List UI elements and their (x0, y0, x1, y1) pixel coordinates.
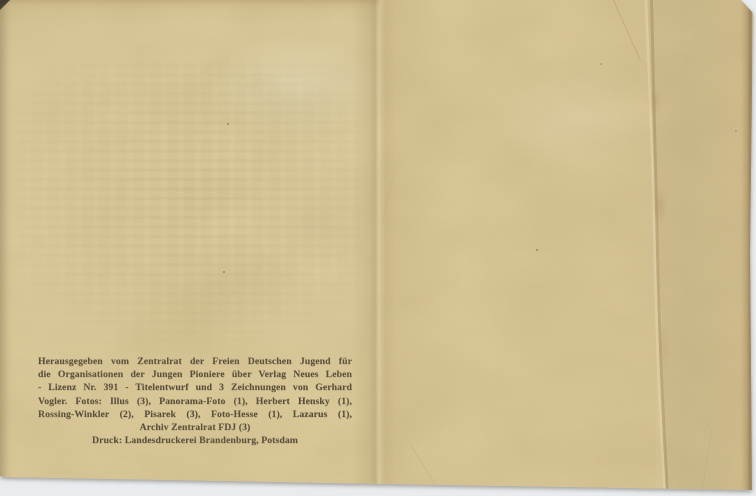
imprint-line: Rossing-Winkler (2), Pisarek (3), Foto-H… (38, 408, 352, 421)
bleedthrough-text-texture (14, 60, 360, 352)
paper-speck (735, 130, 737, 132)
imprint-line: - Lizenz Nr. 391 - Titelentwurf und 3 Ze… (38, 381, 352, 394)
paper-sheet: Herausgegeben vom Zentralrat der Freien … (0, 0, 756, 496)
scanned-book-spread: Herausgegeben vom Zentralrat der Freien … (0, 0, 756, 496)
paper-stain (658, 320, 668, 372)
imprint-line: die Organisationen der Jungen Pioniere ü… (38, 368, 352, 381)
paper-speck (227, 123, 229, 125)
right-page-edge-shadow (742, 0, 752, 496)
imprint-line: Herausgegeben vom Zentralrat der Freien … (38, 355, 352, 368)
paper-speck (536, 249, 538, 251)
paper-stain (650, 88, 660, 116)
imprint-line: Vogler. Fotos: Illus (3), Panorama-Foto … (38, 395, 352, 408)
imprint-colophon: Herausgegeben vom Zentralrat der Freien … (38, 355, 352, 447)
paper-speck (223, 271, 225, 273)
right-page (380, 0, 656, 496)
paper-stain (654, 185, 666, 227)
torn-edge (636, 0, 680, 496)
imprint-line-druck: Druck: Landesdruckerei Brandenburg, Pots… (38, 434, 352, 447)
imprint-line: Archiv Zentralrat FDJ (3) (38, 421, 352, 434)
paper-speck (600, 63, 602, 65)
page-spread: Herausgegeben vom Zentralrat der Freien … (0, 0, 756, 496)
